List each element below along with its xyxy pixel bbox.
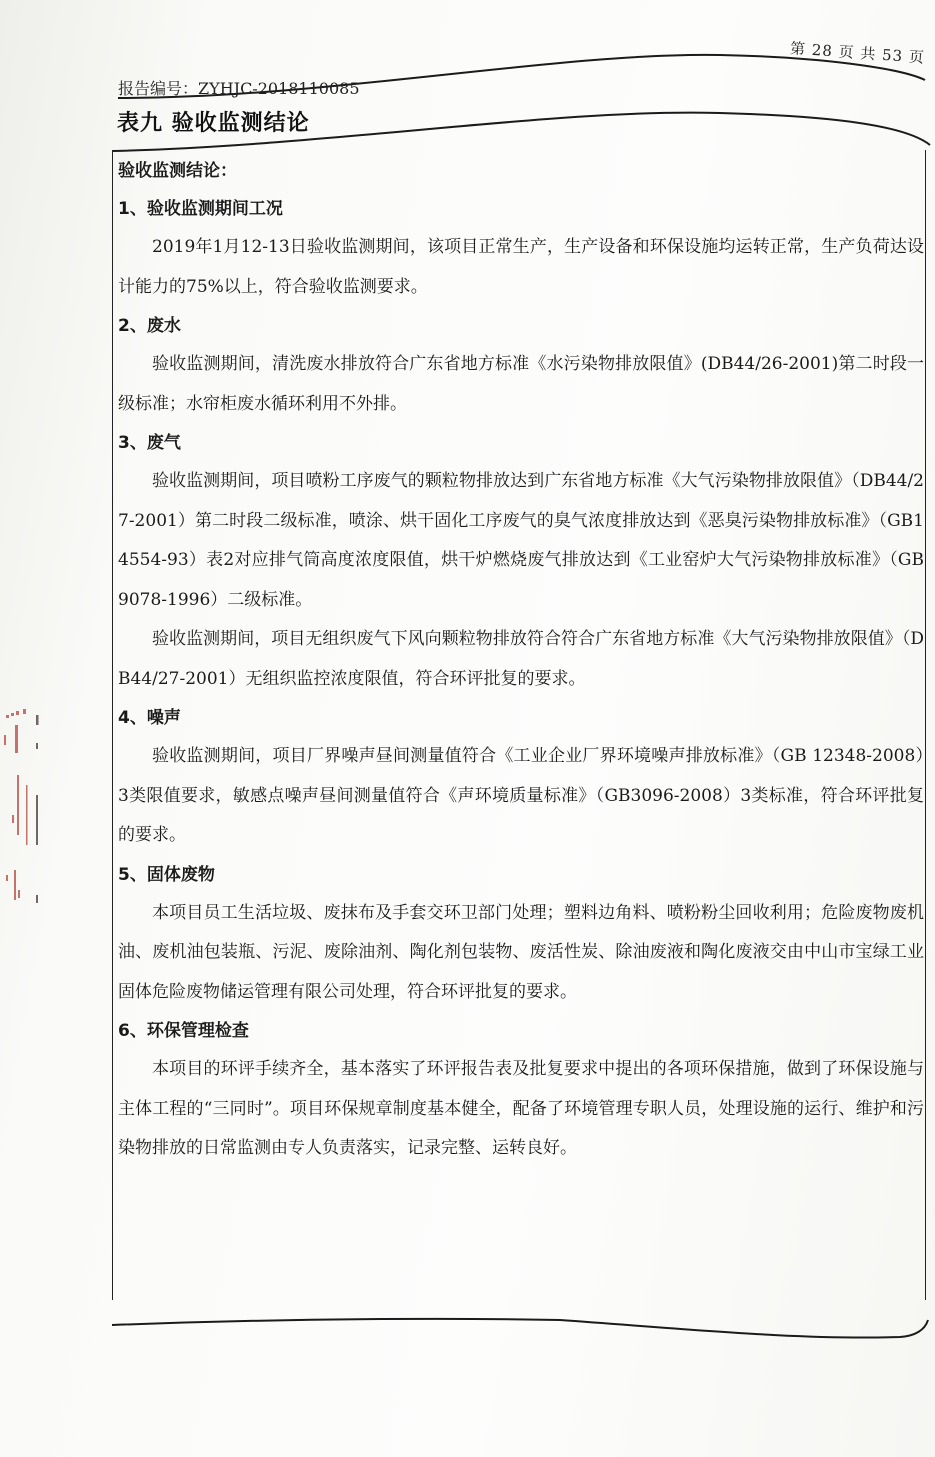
report-number: 报告编号：ZYHJC-2018110085 [118,76,360,99]
section-wastewater: 2、废水 验收监测期间，清洗废水排放符合广东省地方标准《水污染物排放限值》(DB… [118,307,924,424]
report-number-label: 报告编号： [118,79,198,98]
section-paragraph: 本项目的环评手续齐全，基本落实了环评报告表及批复要求中提出的各项环保措施，做到了… [118,1050,924,1169]
report-number-value: ZYHJC-2018110085 [198,79,360,98]
section-noise: 4、噪声 验收监测期间，项目厂界噪声昼间测量值符合《工业企业厂界环境噪声排放标准… [118,699,924,856]
section-heading: 4、噪声 [118,699,924,737]
section-paragraph: 2019年1月12-13日验收监测期间，该项目正常生产，生产设备和环保设施均运转… [118,228,924,307]
conclusion-content: 验收监测结论： 1、验收监测期间工况 2019年1月12-13日验收监测期间，该… [118,152,924,1169]
section-solid-waste: 5、固体废物 本项目员工生活垃圾、废抹布及手套交环卫部门处理；塑料边角料、喷粉粉… [118,856,924,1013]
section-heading: 3、废气 [118,424,924,462]
section-paragraph: 本项目员工生活垃圾、废抹布及手套交环卫部门处理；塑料边角料、喷粉粉尘回收利用；危… [118,894,924,1013]
section-heading: 2、废水 [118,307,924,345]
section-operating-conditions: 1、验收监测期间工况 2019年1月12-13日验收监测期间，该项目正常生产，生… [118,190,924,307]
intro-heading: 验收监测结论： [118,152,924,190]
section-heading: 1、验收监测期间工况 [118,190,924,228]
table-title: 表九 验收监测结论 [117,106,310,137]
section-heading: 6、环保管理检查 [118,1012,924,1050]
section-paragraph: 验收监测期间，项目厂界噪声昼间测量值符合《工业企业厂界环境噪声排放标准》（GB … [118,737,924,856]
seal-stamp-fragment-icon [2,705,40,905]
section-waste-gas: 3、废气 验收监测期间，项目喷粉工序废气的颗粒物排放达到广东省地方标准《大气污染… [118,424,924,699]
section-heading: 5、固体废物 [118,856,924,894]
section-paragraph: 验收监测期间，清洗废水排放符合广东省地方标准《水污染物排放限值》(DB44/26… [118,345,924,424]
section-paragraph: 验收监测期间，项目喷粉工序废气的颗粒物排放达到广东省地方标准《大气污染物排放限值… [118,462,924,620]
section-paragraph: 验收监测期间，项目无组织废气下风向颗粒物排放符合符合广东省地方标准《大气污染物排… [118,620,924,699]
section-environmental-management: 6、环保管理检查 本项目的环评手续齐全，基本落实了环评报告表及批复要求中提出的各… [118,1012,924,1169]
